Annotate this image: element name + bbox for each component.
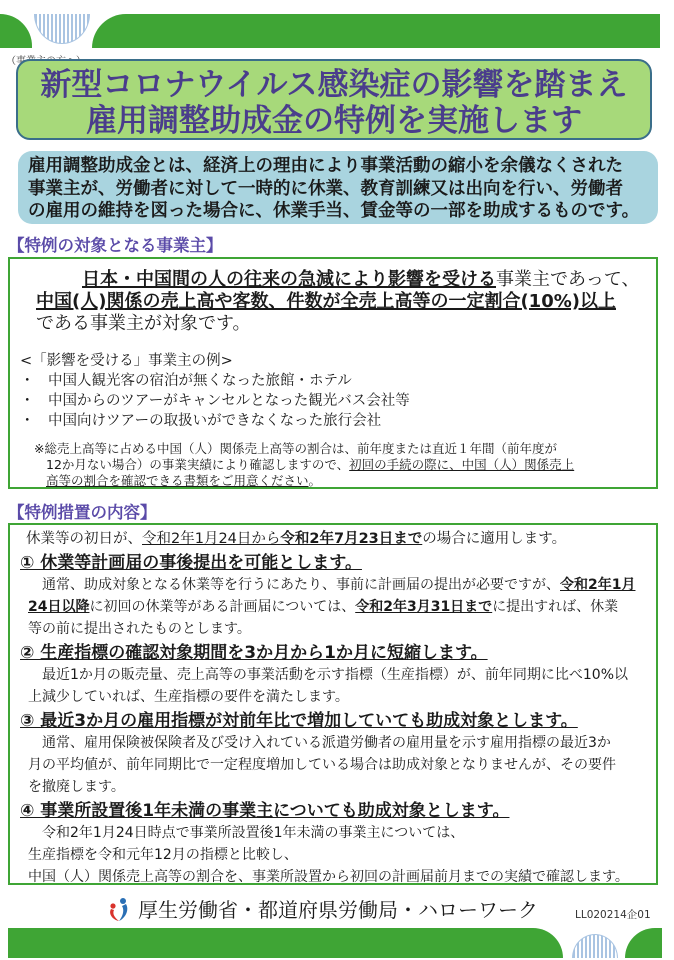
summary-line: 雇用調整助成金とは、経済上の理由により事業活動の縮小を余儀なくされた — [28, 155, 658, 178]
top-decorative-band — [0, 14, 660, 48]
target-section-box: 日本・中国間の人の往来の急減により影響を受ける事業主であって、 中国(人)関係の… — [8, 257, 658, 489]
criteria-underlined-2: 中国(人)関係の売上高や客数、件数が全売上高等の一定割合(10%)以上 — [36, 291, 616, 312]
measure-1: ① 休業等計画届の事後提出を可能とします。 通常、助成対象となる休業等を行うにあ… — [20, 552, 650, 640]
measure-title: ③ 最近3か月の雇用指標が対前年比で増加していても助成対象とします。 — [20, 710, 650, 732]
measure-3: ③ 最近3か月の雇用指標が対前年比で増加していても助成対象とします。 通常、雇用… — [20, 710, 650, 798]
summary-line: の雇用の維持を図った場合に、休業手当、賃金等の一部を助成するものです。 — [28, 200, 658, 223]
target-section-heading: 【特例の対象となる事業主】 — [8, 232, 223, 256]
criteria-text-1: 事業主であって、 — [496, 269, 639, 290]
document-code: LL020214企01 — [575, 907, 651, 922]
band-bar — [8, 928, 563, 958]
page-title-line-1: 新型コロナウイルス感染症の影響を踏まえ — [18, 67, 650, 103]
arch-decoration-icon — [34, 14, 90, 44]
list-item: ・中国人観光客の宿泊が無くなった旅館・ホテル — [20, 371, 410, 391]
examples-list: <「影響を受ける」事業主の例> ・中国人観光客の宿泊が無くなった旅館・ホテル ・… — [20, 351, 410, 431]
page-title-line-2: 雇用調整助成金の特例を実施します — [18, 103, 650, 139]
measure-title: ④ 事業所設置後1年未満の事業主についても助成対象とします。 — [20, 800, 650, 822]
measures-section-box: 休業等の初日が、令和2年1月24日から令和2年7月23日までの場合に適用します。… — [8, 523, 658, 885]
footer-organization: 厚生労働省・都道府県労働局・ハローワーク — [138, 897, 538, 923]
arch-decoration-icon — [572, 934, 618, 958]
bottom-decorative-band — [0, 928, 674, 960]
measures-section-heading: 【特例措置の内容】 — [8, 499, 157, 523]
apply-period: 休業等の初日が、令和2年1月24日から令和2年7月23日までの場合に適用します。 — [20, 528, 650, 550]
criteria-underlined-1: 日本・中国間の人の往来の急減により影響を受ける — [82, 269, 496, 290]
mhlw-logo-icon — [108, 897, 130, 923]
list-item: ・中国向けツアーの取扱いができなくなった旅行会社 — [20, 411, 410, 431]
note-text: ※総売上高等に占める中国（人）関係売上高等の割合は、前年度または直近１年間（前年… — [34, 441, 574, 489]
band-right-cap — [625, 928, 662, 958]
band-bar — [92, 14, 660, 48]
list-item: ・中国からのツアーがキャンセルとなった観光バス会社等 — [20, 391, 410, 411]
summary-line: 事業主が、労働者に対して一時的に休業、教育訓練又は出向を行い、労働者 — [28, 178, 658, 201]
title-box: 新型コロナウイルス感染症の影響を踏まえ 雇用調整助成金の特例を実施します — [16, 59, 652, 140]
summary-box: 雇用調整助成金とは、経済上の理由により事業活動の縮小を余儀なくされた 事業主が、… — [18, 151, 658, 224]
measure-title: ② 生産指標の確認対象期間を3か月から1か月に短縮します。 — [20, 642, 650, 664]
criteria-text-3: である事業主が対象です。 — [36, 313, 639, 335]
target-criteria: 日本・中国間の人の往来の急減により影響を受ける事業主であって、 中国(人)関係の… — [36, 269, 639, 335]
band-left-cap — [0, 14, 32, 48]
measure-title: ① 休業等計画届の事後提出を可能とします。 — [20, 552, 650, 574]
examples-heading: <「影響を受ける」事業主の例> — [20, 351, 410, 371]
measure-4: ④ 事業所設置後1年未満の事業主についても助成対象とします。 令和2年1月24日… — [20, 800, 650, 888]
measure-2: ② 生産指標の確認対象期間を3か月から1か月に短縮します。 最近1か月の販売量、… — [20, 642, 650, 708]
